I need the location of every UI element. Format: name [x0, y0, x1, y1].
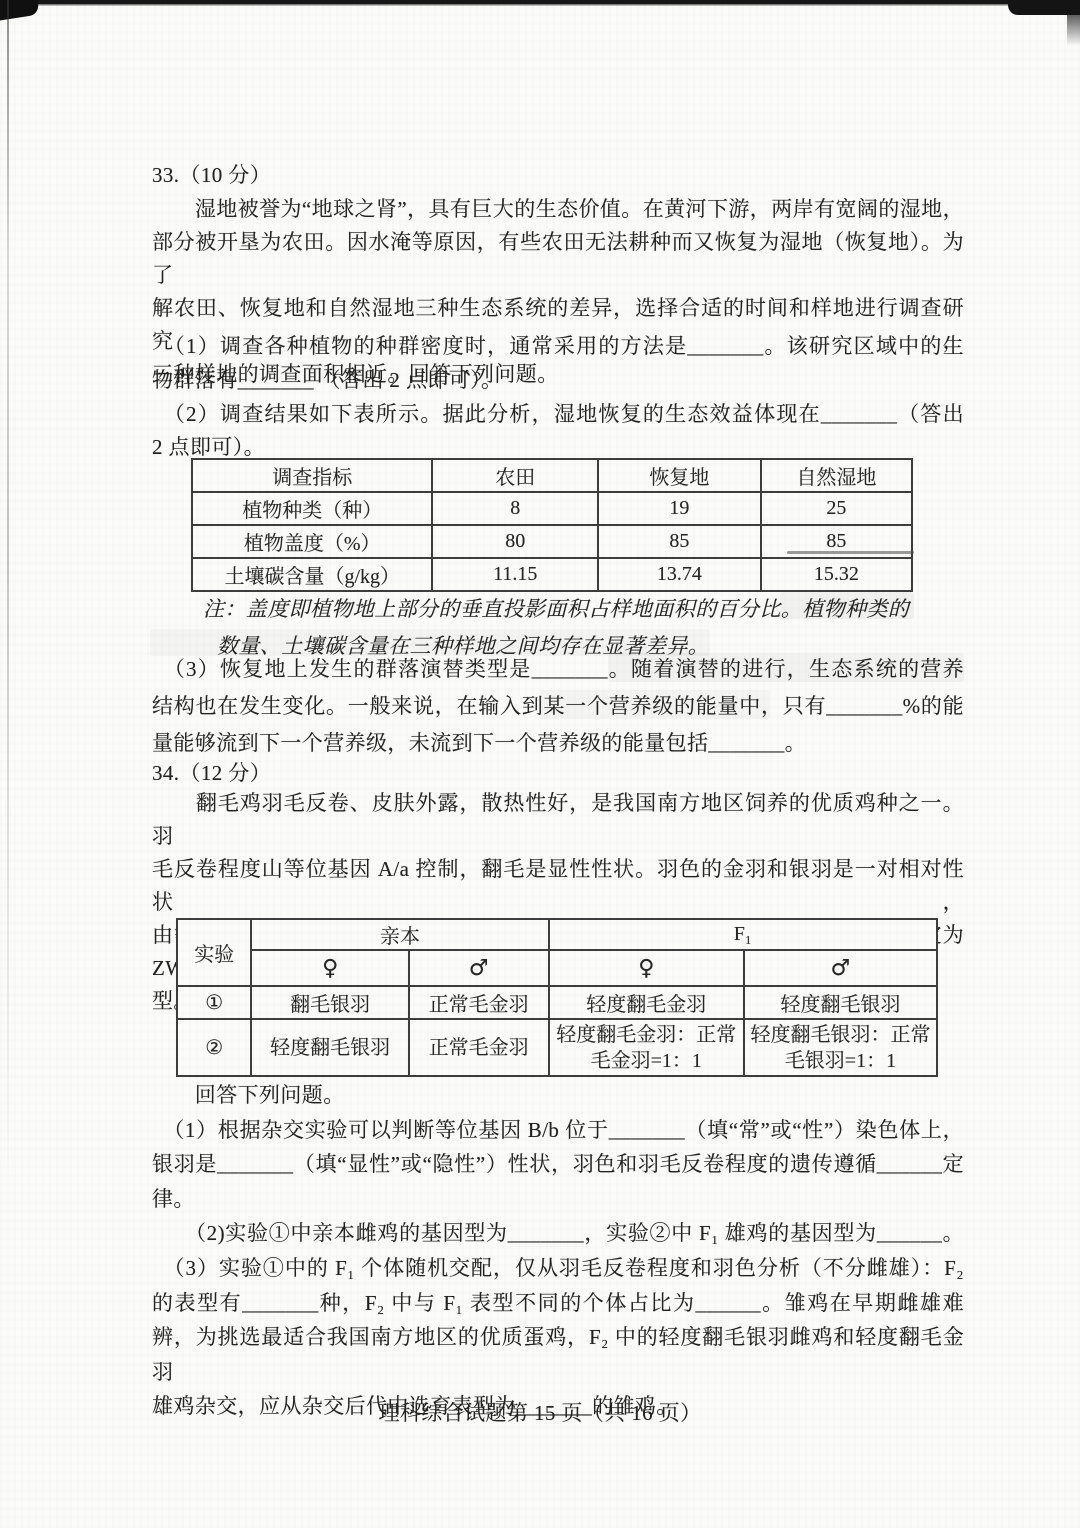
- table-cell: 15.32: [761, 558, 912, 591]
- experiment-id: ②: [177, 1019, 251, 1076]
- table-header-cell: 实验: [177, 919, 251, 986]
- scan-artifact-top-left-corner: [0, 0, 40, 21]
- question-34-heading: 34.（12 分）: [152, 757, 964, 790]
- text-line: 注：盖度即植物地上部分的垂直投影面积占样地面积的百分比。植物种类的: [203, 591, 965, 628]
- table-cell: 11.15: [432, 558, 598, 591]
- survey-results-table: 调查指标 农田 恢复地 自然湿地 植物种类（种） 8 19 25 植物盖度（%）…: [191, 458, 913, 592]
- text-line: 物群落有_______ （答出 2 点即可）。: [152, 363, 964, 397]
- table-header-cell: 农田: [432, 459, 598, 492]
- scan-artifact-top-right-corner: [1008, 0, 1080, 15]
- question-33-part3: （3）恢复地上发生的群落演替类型是_______。随着演替的进行，生态系统的营养…: [152, 651, 964, 762]
- table-cell: 轻度翻毛银羽: [744, 986, 937, 1019]
- table-cell: 正常毛金羽: [409, 986, 549, 1019]
- table-cell: 轻度翻毛金羽：正常毛金羽=1：1: [549, 1019, 744, 1076]
- text-line: 湿地被誉为“地球之肾”，具有巨大的生态价值。在黄河下游，两岸有宽阔的湿地，: [152, 193, 964, 226]
- table-header-cell: F₁: [549, 919, 937, 950]
- table-cell: 8: [432, 492, 598, 525]
- question-33-part2: （2）调查结果如下表所示。据此分析，湿地恢复的生态效益体现在_______（答出…: [152, 398, 964, 464]
- table-header-cell: 自然湿地: [761, 459, 912, 492]
- table-cell: 土壤碳含量（g/kg）: [192, 558, 432, 591]
- table-cell: 轻度翻毛银羽：正常毛银羽=1：1: [744, 1019, 937, 1076]
- female-symbol: ♀: [549, 950, 744, 986]
- table-header-cell: 恢复地: [598, 459, 761, 492]
- page-footer-text: 理科综合试题第 15 页（共 16 页）: [0, 1397, 1080, 1427]
- table-cell: 85: [761, 525, 912, 558]
- table-cell: 85: [598, 525, 761, 558]
- text-line: （3）实验①中的 F₁ 个体随机交配，仅从羽毛反卷程度和羽色分析（不分雌雄）：F…: [152, 1251, 964, 1286]
- question-33-heading: 33.（10 分）: [152, 159, 964, 192]
- table-row: ① 翻毛银羽 正常毛金羽 轻度翻毛金羽 轻度翻毛银羽: [177, 986, 937, 1019]
- table-cell: 19: [598, 492, 761, 525]
- question-number: 34.（12 分）: [152, 757, 964, 790]
- table-header-row: 调查指标 农田 恢复地 自然湿地: [192, 459, 912, 492]
- table-cell: 植物盖度（%）: [192, 525, 432, 558]
- text-line: （2)实验①中亲本雌鸡的基因型为_______，实验②中 F₁ 雄鸡的基因型为_…: [152, 1216, 964, 1251]
- table-cell: 正常毛金羽: [409, 1019, 549, 1076]
- table-header-cell: 亲本: [251, 919, 548, 950]
- table-cell: 80: [432, 525, 598, 558]
- question-number: 33.（10 分）: [152, 159, 964, 192]
- text-line: 回答下列问题。: [152, 1078, 964, 1113]
- question-34-parts: 回答下列问题。 （1）根据杂交实验可以判断等位基因 B/b 位于_______（…: [152, 1078, 964, 1424]
- table-cell: 13.74: [598, 558, 761, 591]
- table-cell: 植物种类（种）: [192, 492, 432, 525]
- table-header-cell: 调查指标: [192, 459, 432, 492]
- table-cell: 25: [761, 492, 912, 525]
- text-line: 毛反卷程度山等位基因 A/a 控制，翻毛是显性性状。羽色的金羽和银羽是一对相对性…: [152, 853, 964, 919]
- male-symbol: ♂: [409, 950, 549, 986]
- table-header-row: ♀ ♂ ♀ ♂: [177, 950, 937, 986]
- page-footer: 理科综合试题第 15 页（共 16 页）: [0, 1397, 1080, 1427]
- female-symbol: ♀: [251, 950, 408, 986]
- text-line: （2）调查结果如下表所示。据此分析，湿地恢复的生态效益体现在_______（答出: [152, 398, 964, 431]
- text-line: （3）恢复地上发生的群落演替类型是_______。随着演替的进行，生态系统的营养: [152, 651, 964, 688]
- scan-artifact-right-edge: [1067, 0, 1080, 46]
- table-row: 土壤碳含量（g/kg） 11.15 13.74 15.32: [192, 558, 912, 591]
- text-line: 结构也在发生变化。一般来说，在输入到某一个营养级的能量中，只有_______%的…: [152, 688, 964, 725]
- text-line: 部分被开垦为农田。因水淹等原因，有些农田无法耕种而又恢复为湿地（恢复地）。为了: [152, 226, 964, 292]
- table-header-row: 实验 亲本 F₁: [177, 919, 937, 950]
- scanned-exam-page: 33.（10 分） 湿地被誉为“地球之肾”，具有巨大的生态价值。在黄河下游，两岸…: [0, 0, 1080, 1528]
- male-symbol: ♂: [744, 950, 937, 986]
- question-33-part1: （1）调查各种植物的种群密度时，通常采用的方法是_______。该研究区域中的生…: [152, 329, 964, 397]
- text-line: 翻毛鸡羽毛反卷、皮肤外露，散热性好，是我国南方地区饲养的优质鸡种之一。羽: [152, 787, 964, 853]
- text-line: （1）调查各种植物的种群密度时，通常采用的方法是_______。该研究区域中的生: [152, 329, 964, 363]
- text-line: 律。: [152, 1182, 964, 1217]
- text-line: 的表型有_______种，F₂ 中与 F₁ 表型不同的个体占比为______。雏…: [152, 1286, 964, 1321]
- table-cell: 轻度翻毛金羽: [549, 986, 744, 1019]
- scan-artifact-top-band: [0, 0, 1080, 6]
- text-line: 辨，为挑选最适合我国南方地区的优质蛋鸡，F₂ 中的轻度翻毛银羽雌鸡和轻度翻毛金羽: [152, 1320, 964, 1389]
- table-row: ② 轻度翻毛银羽 正常毛金羽 轻度翻毛金羽：正常毛金羽=1：1 轻度翻毛银羽：正…: [177, 1019, 937, 1076]
- table-cell: 轻度翻毛银羽: [251, 1019, 408, 1076]
- scan-artifact-left-line: [7, 0, 9, 1180]
- experiment-id: ①: [177, 986, 251, 1019]
- text-line: （1）根据杂交实验可以判断等位基因 B/b 位于_______（填“常”或“性”…: [152, 1113, 964, 1148]
- table-row: 植物种类（种） 8 19 25: [192, 492, 912, 525]
- table-cell: 翻毛银羽: [251, 986, 408, 1019]
- text-line: 银羽是_______（填“显性”或“隐性”）性状，羽色和羽毛反卷程度的遗传遵循_…: [152, 1147, 964, 1182]
- experiment-table: 实验 亲本 F₁ ♀ ♂ ♀ ♂ ① 翻毛银羽 正常毛金羽 轻度翻毛金羽 轻度翻…: [176, 918, 938, 1077]
- table-row: 植物盖度（%） 80 85 85: [192, 525, 912, 558]
